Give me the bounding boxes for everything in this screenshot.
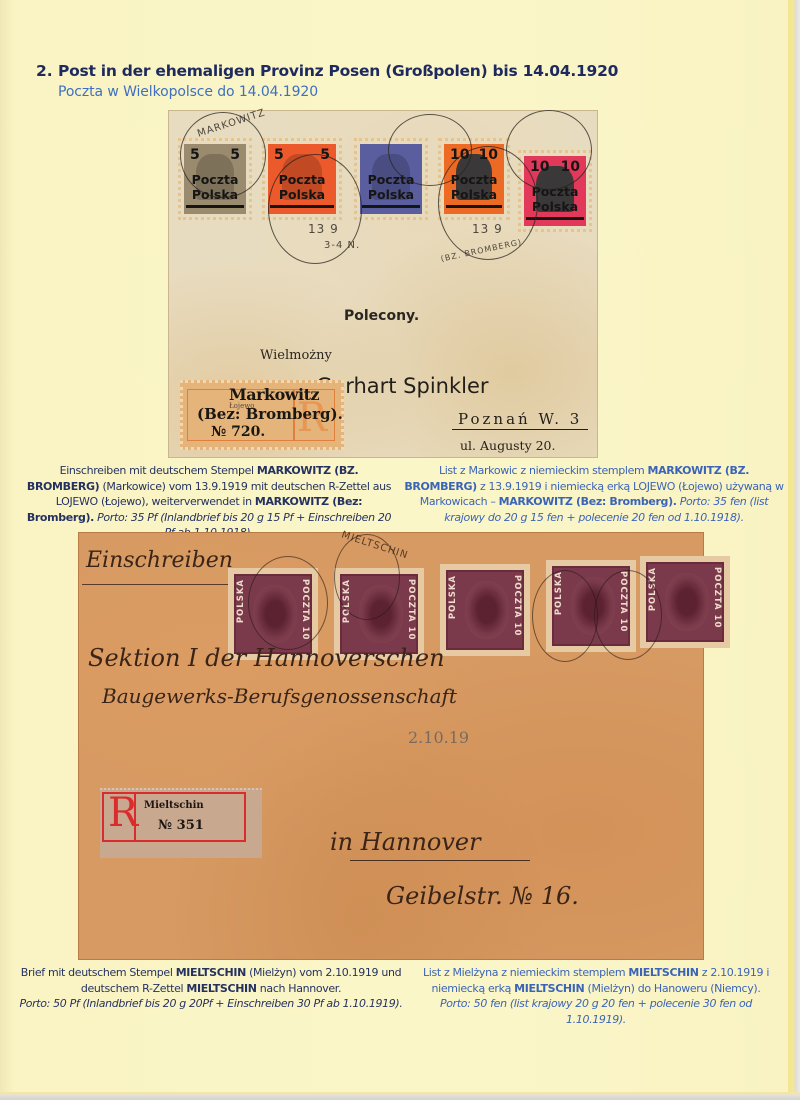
caption-cover2-pl: List z Mielżyna z niemieckim stemplem MI…: [416, 965, 776, 1027]
caption-bold: MIELTSCHIN: [176, 966, 246, 979]
caption-text: Einschreiben mit deutschem Stempel: [60, 464, 257, 477]
cover-mieltschin: Einschreiben POLSKAPOCZTA 10POLSKAPOCZTA…: [78, 532, 704, 960]
cover-markowitz: 55PocztaPolska55PocztaPolskaPocztaPolska…: [168, 110, 598, 458]
postmark-mieltschin-3: [532, 570, 598, 662]
salutation: Wielmożny: [260, 348, 332, 363]
recipient-city: Poznań W. 3: [452, 410, 588, 430]
address-line-2: Baugewerks-Berufsgenossenschaft: [102, 684, 457, 708]
caption-text: Brief mit deutschem Stempel: [21, 966, 176, 979]
registration-label-markowitz: R Markowitz Łojewo (Bez: Bromberg). № 72…: [180, 380, 344, 450]
postmark-time: 3-4 N.: [324, 240, 360, 251]
page-edge: [788, 0, 800, 1100]
overprint-bar: [362, 205, 420, 208]
address-line-4: Geibelstr. № 16.: [386, 882, 579, 910]
caption-bold: MARKOWITZ (Bez: Bromberg).: [499, 495, 677, 508]
section-title-de: Post in der ehemaligen Provinz Posen (Gr…: [58, 62, 618, 80]
postmark-markowitz-5: [506, 110, 592, 190]
section-number: 2.: [36, 62, 53, 80]
caption-text: List z Mielżyna z niemieckim stemplem: [423, 966, 628, 979]
label-number: № 351: [158, 818, 204, 833]
overprint-bar: [186, 205, 244, 208]
caption-bold: MIELTSCHIN: [514, 982, 584, 995]
postmark-mieltschin-1: [248, 556, 328, 650]
postmark-date: 13 9: [308, 222, 339, 236]
postmark-mieltschin-4: [594, 570, 662, 660]
stamp: POLSKAPOCZTA 10: [440, 564, 530, 656]
caption-porto: Porto: 50 Pf (Inlandbrief bis 20 g 20Pf …: [19, 997, 402, 1010]
caption-text: nach Hannover.: [257, 982, 341, 995]
caption-cover2-de: Brief mit deutschem Stempel MIELTSCHIN (…: [16, 965, 406, 1012]
label-town: Mieltschin: [144, 800, 204, 811]
stamp-text: POCZTA 10: [406, 579, 416, 640]
underline: [350, 860, 530, 861]
postmark-date-2: 13 9: [472, 222, 503, 236]
stamp-value: 5: [274, 147, 284, 163]
registration-letter: R: [108, 790, 138, 836]
stamp-text: POCZTA 10: [512, 575, 522, 636]
label-district: (Bez: Bromberg).: [197, 405, 343, 423]
section-title-pl: Poczta w Wielkopolsce do 14.04.1920: [58, 84, 318, 100]
caption-bold: MIELTSCHIN: [628, 966, 698, 979]
pencil-date: 2.10.19: [408, 728, 469, 747]
caption-cover1-de: Einschreiben mit deutschem Stempel MARKO…: [24, 463, 394, 541]
caption-text: List z Markowic z niemieckim stemplem: [439, 464, 648, 477]
caption-bold: MIELTSCHIN: [186, 982, 256, 995]
eagle-emblem: [665, 573, 709, 631]
caption-text: (Mielżyn) do Hanoweru (Niemcy).: [584, 982, 760, 995]
page-bottom-edge: [0, 1092, 800, 1100]
registration-label-mieltschin: R Mieltschin № 351: [100, 788, 262, 858]
registered-marking: Polecony.: [344, 308, 419, 324]
stamp-text: POLSKA: [236, 579, 246, 623]
address-line-1: Sektion I der Hannoverschen: [88, 644, 445, 672]
recipient-street: ul. Augusty 20.: [460, 438, 555, 453]
caption-porto: Porto: 50 fen (list krajowy 20 g 20 fen …: [440, 997, 752, 1026]
handwritten-registered: Einschreiben: [86, 548, 233, 573]
underline: [82, 584, 232, 585]
stamp-text: POLSKA: [448, 575, 458, 619]
stamp-text: POCZTA 10: [712, 567, 722, 628]
label-number: № 720.: [211, 424, 265, 440]
caption-cover1-pl: List z Markowic z niemieckim stemplem MA…: [404, 463, 784, 525]
eagle-emblem: [465, 581, 509, 639]
address-line-3: in Hannover: [330, 828, 481, 856]
